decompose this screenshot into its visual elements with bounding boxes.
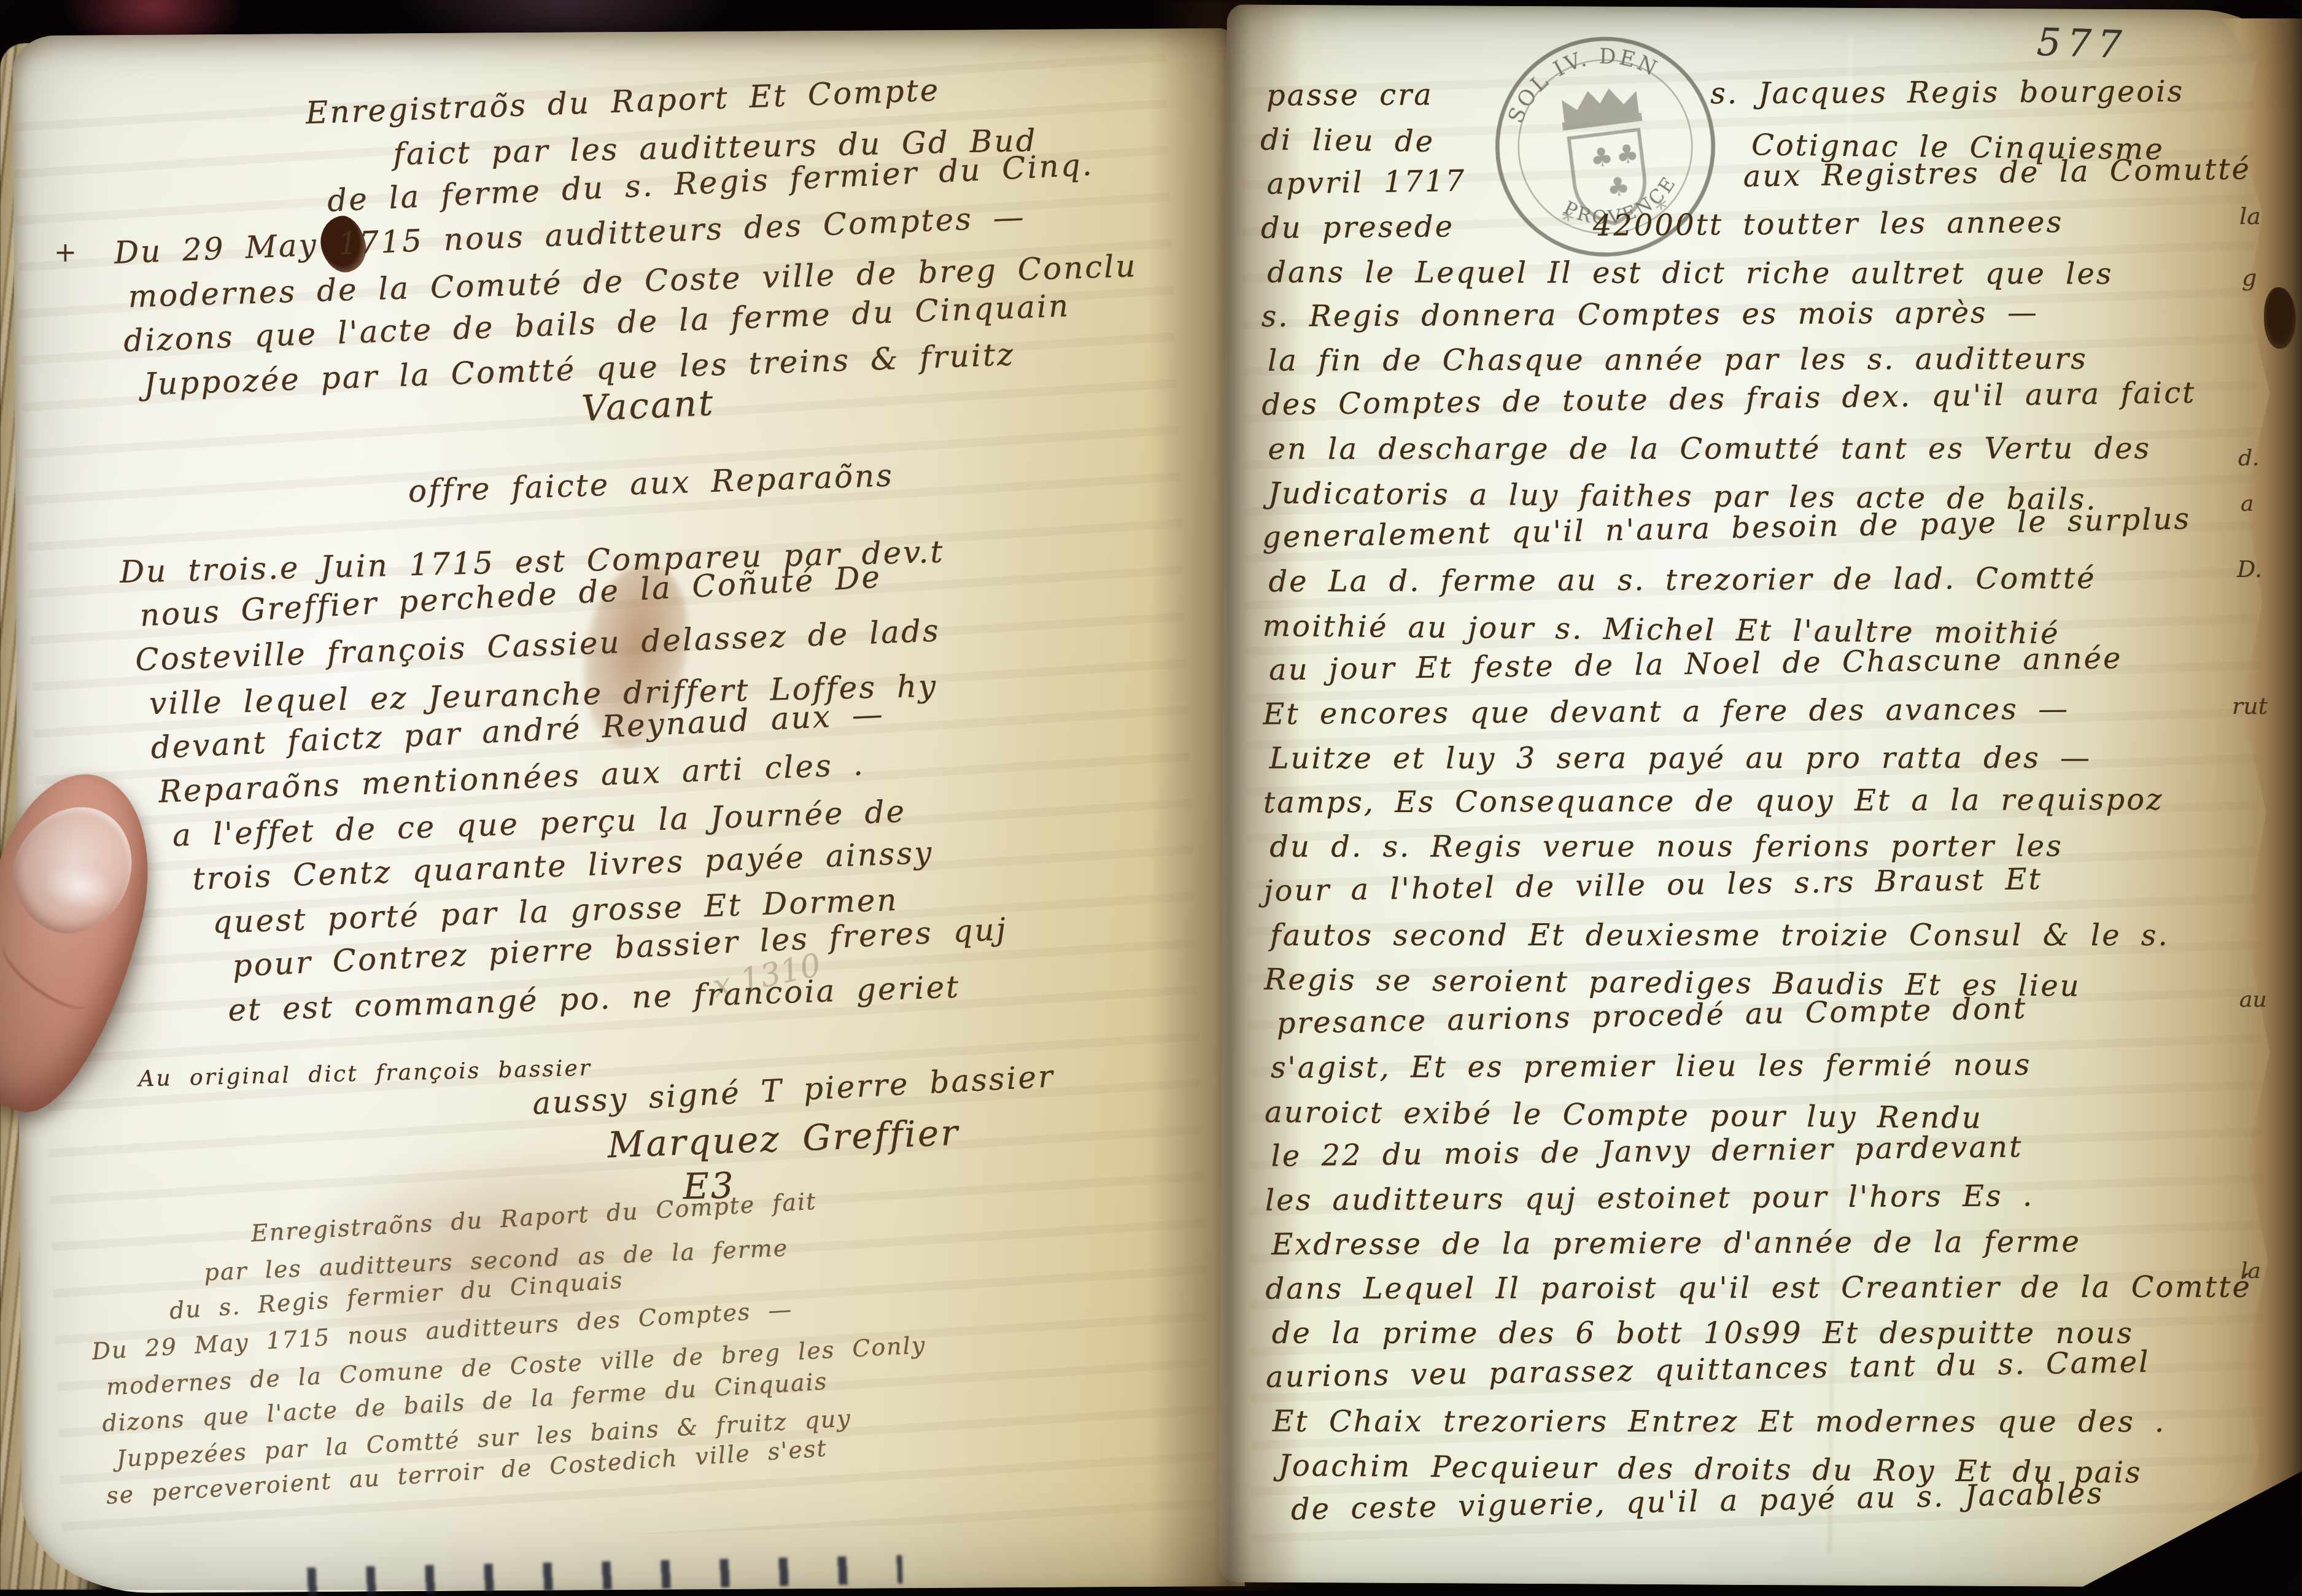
margin-fragment: au xyxy=(2239,987,2267,1012)
manuscript-line: s. Regis donnera Comptes es mois après — xyxy=(1261,289,2292,339)
right-page-entry: passe cra s. Jacques Regis bourgeoisdi l… xyxy=(1260,69,2298,1532)
manuscript-line: Exdresse de la premiere d'année de la fe… xyxy=(1271,1219,2296,1267)
margin-fragment: + xyxy=(54,237,77,268)
manuscript-line: tamps, Es Consequance de quoy Et a la re… xyxy=(1263,777,2295,825)
margin-fragment: la xyxy=(2239,203,2261,230)
left-page-main-entry: Enregistraõs du Raport Et Comptefaict pa… xyxy=(103,60,1211,1229)
thumb-nail-sheen xyxy=(41,859,116,915)
manuscript-line: de La d. ferme au s. trezorier de lad. C… xyxy=(1268,556,2293,604)
manuscript-photo: SOL IV. DEN PROVENCE ♣ ♣ ♣ * * 577 Enreg… xyxy=(0,0,2302,1590)
left-page-second-entry: Enregistraõns du Raport du Compte faitpa… xyxy=(85,1167,1118,1515)
manuscript-line: fautos second Et deuxiesme troizie Consu… xyxy=(1270,913,2295,958)
manuscript-line: du presede 42000tt toutter les annees xyxy=(1261,198,2292,250)
reader-thumb xyxy=(0,771,151,1127)
manuscript-line: en la descharge de la Comutté tant es Ve… xyxy=(1268,426,2293,471)
margin-fragment: D. xyxy=(2237,556,2262,583)
margin-fragment: la xyxy=(2241,1258,2261,1284)
margin-fragment: g xyxy=(2242,264,2257,291)
margin-fragment: rut xyxy=(2232,692,2268,719)
manuscript-line: dans Lequel Il paroist qu'il est Creanti… xyxy=(1265,1265,2296,1311)
margin-fragment: d. xyxy=(2238,446,2260,471)
manuscript-line: Et encores que devant a fere des avances… xyxy=(1263,686,2294,737)
manuscript-line: Et Chaix trezoriers Entrez Et modernes q… xyxy=(1272,1400,2297,1444)
manuscript-line: offre faicte aux Reparaõns xyxy=(117,444,1185,523)
thumb-crease xyxy=(0,927,101,1021)
manuscript-line: s'agist, Et es premier lieu les fermié n… xyxy=(1271,1042,2296,1090)
manuscript-line: Luitze et luy 3 sera payé au pro ratta d… xyxy=(1269,735,2295,780)
manuscript-line: passe cra s. Jacques Regis bourgeois xyxy=(1266,69,2292,117)
manuscript-line: les auditteurs quj estoinet pour l'hors … xyxy=(1265,1172,2296,1223)
margin-fragment: a xyxy=(2241,491,2254,516)
folio-number: 577 xyxy=(2036,19,2129,67)
